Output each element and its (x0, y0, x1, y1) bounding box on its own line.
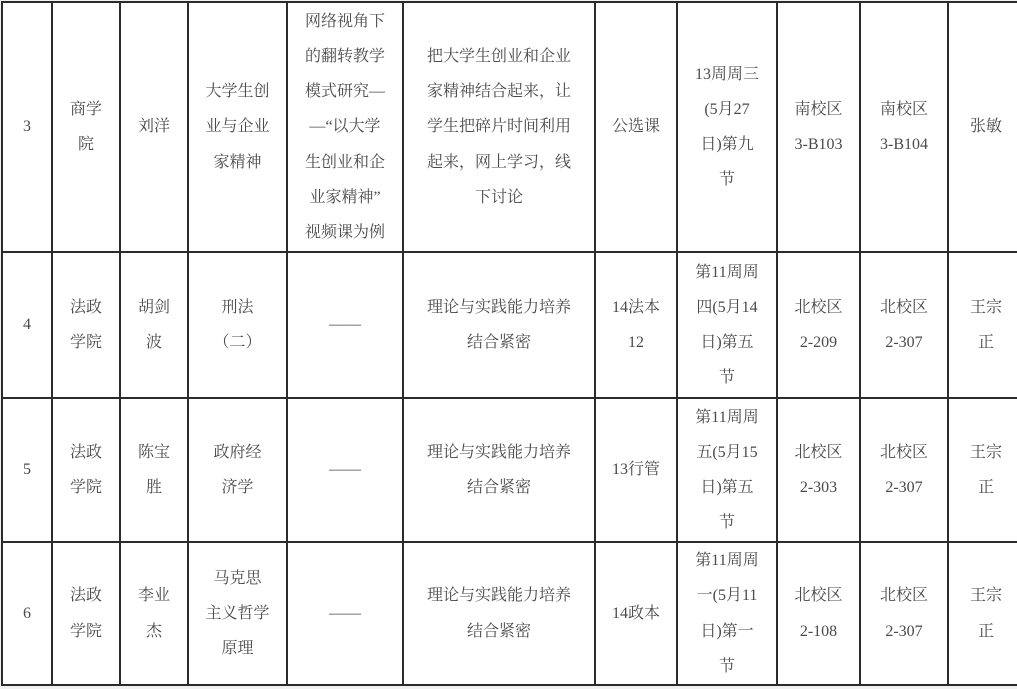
cell-location-secondary: 南校区 3-B104 (860, 2, 948, 252)
cell-supervisor: 张敏 (948, 2, 1017, 252)
table-row: 4法政 学院胡剑 波刑法 （二）——理论与实践能力培养 结合紧密14法本 12第… (2, 252, 1017, 398)
cell-time-slot: 第11周周 五(5月15 日)第五 节 (677, 398, 777, 542)
cell-research-topic: —— (287, 252, 403, 398)
cell-supervisor: 王宗 正 (948, 398, 1017, 542)
cell-course-name: 政府经 济学 (188, 398, 287, 542)
cell-row-number: 3 (2, 2, 52, 252)
cell-research-topic: 网络视角下 的翻转教学 模式研究— —“以大学 生创业和企 业家精神” 视频课为… (287, 2, 403, 252)
cell-location-primary: 北校区 2-209 (777, 252, 860, 398)
cell-college: 商学 院 (52, 2, 120, 252)
cell-college: 法政 学院 (52, 398, 120, 542)
cell-time-slot: 13周周三 (5月27 日)第九 节 (677, 2, 777, 252)
cell-college: 法政 学院 (52, 542, 120, 685)
cell-location-primary: 南校区 3-B103 (777, 2, 860, 252)
cell-teacher: 胡剑 波 (120, 252, 188, 398)
cell-row-number: 5 (2, 398, 52, 542)
cell-location-primary: 北校区 2-108 (777, 542, 860, 685)
cell-class: 13行管 (595, 398, 677, 542)
cell-supervisor: 王宗 正 (948, 252, 1017, 398)
cell-supervisor: 王宗 正 (948, 542, 1017, 685)
cell-time-slot: 第11周周 一(5月11 日)第一 节 (677, 542, 777, 685)
cell-class: 14法本 12 (595, 252, 677, 398)
course-table-body: 3商学 院刘洋大学生创 业与企业 家精神网络视角下 的翻转教学 模式研究— —“… (2, 2, 1017, 685)
cell-row-number: 4 (2, 252, 52, 398)
table-row: 6法政 学院李业 杰马克思 主义哲学 原理——理论与实践能力培养 结合紧密14政… (2, 542, 1017, 685)
course-table-viewport: 3商学 院刘洋大学生创 业与企业 家精神网络视角下 的翻转教学 模式研究— —“… (1, 1, 1017, 687)
course-table: 3商学 院刘洋大学生创 业与企业 家精神网络视角下 的翻转教学 模式研究— —“… (1, 1, 1017, 686)
table-row: 5法政 学院陈宝 胜政府经 济学——理论与实践能力培养 结合紧密13行管第11周… (2, 398, 1017, 542)
cell-research-topic: —— (287, 542, 403, 685)
cell-location-secondary: 北校区 2-307 (860, 398, 948, 542)
cell-evaluation-comment: 理论与实践能力培养 结合紧密 (403, 398, 595, 542)
cell-class: 公选课 (595, 2, 677, 252)
cell-location-primary: 北校区 2-303 (777, 398, 860, 542)
cell-evaluation-comment: 理论与实践能力培养 结合紧密 (403, 542, 595, 685)
cell-location-secondary: 北校区 2-307 (860, 252, 948, 398)
cell-evaluation-comment: 理论与实践能力培养 结合紧密 (403, 252, 595, 398)
cell-course-name: 马克思 主义哲学 原理 (188, 542, 287, 685)
cell-row-number: 6 (2, 542, 52, 685)
table-row: 3商学 院刘洋大学生创 业与企业 家精神网络视角下 的翻转教学 模式研究— —“… (2, 2, 1017, 252)
cell-research-topic: —— (287, 398, 403, 542)
cell-evaluation-comment: 把大学生创业和企业 家精神结合起来，让 学生把碎片时间利用 起来，网上学习，线 … (403, 2, 595, 252)
cell-location-secondary: 北校区 2-307 (860, 542, 948, 685)
cell-teacher: 刘洋 (120, 2, 188, 252)
cell-teacher: 李业 杰 (120, 542, 188, 685)
cell-course-name: 刑法 （二） (188, 252, 287, 398)
cell-course-name: 大学生创 业与企业 家精神 (188, 2, 287, 252)
cell-college: 法政 学院 (52, 252, 120, 398)
cell-class: 14政本 (595, 542, 677, 685)
cell-teacher: 陈宝 胜 (120, 398, 188, 542)
cell-time-slot: 第11周周 四(5月14 日)第五 节 (677, 252, 777, 398)
